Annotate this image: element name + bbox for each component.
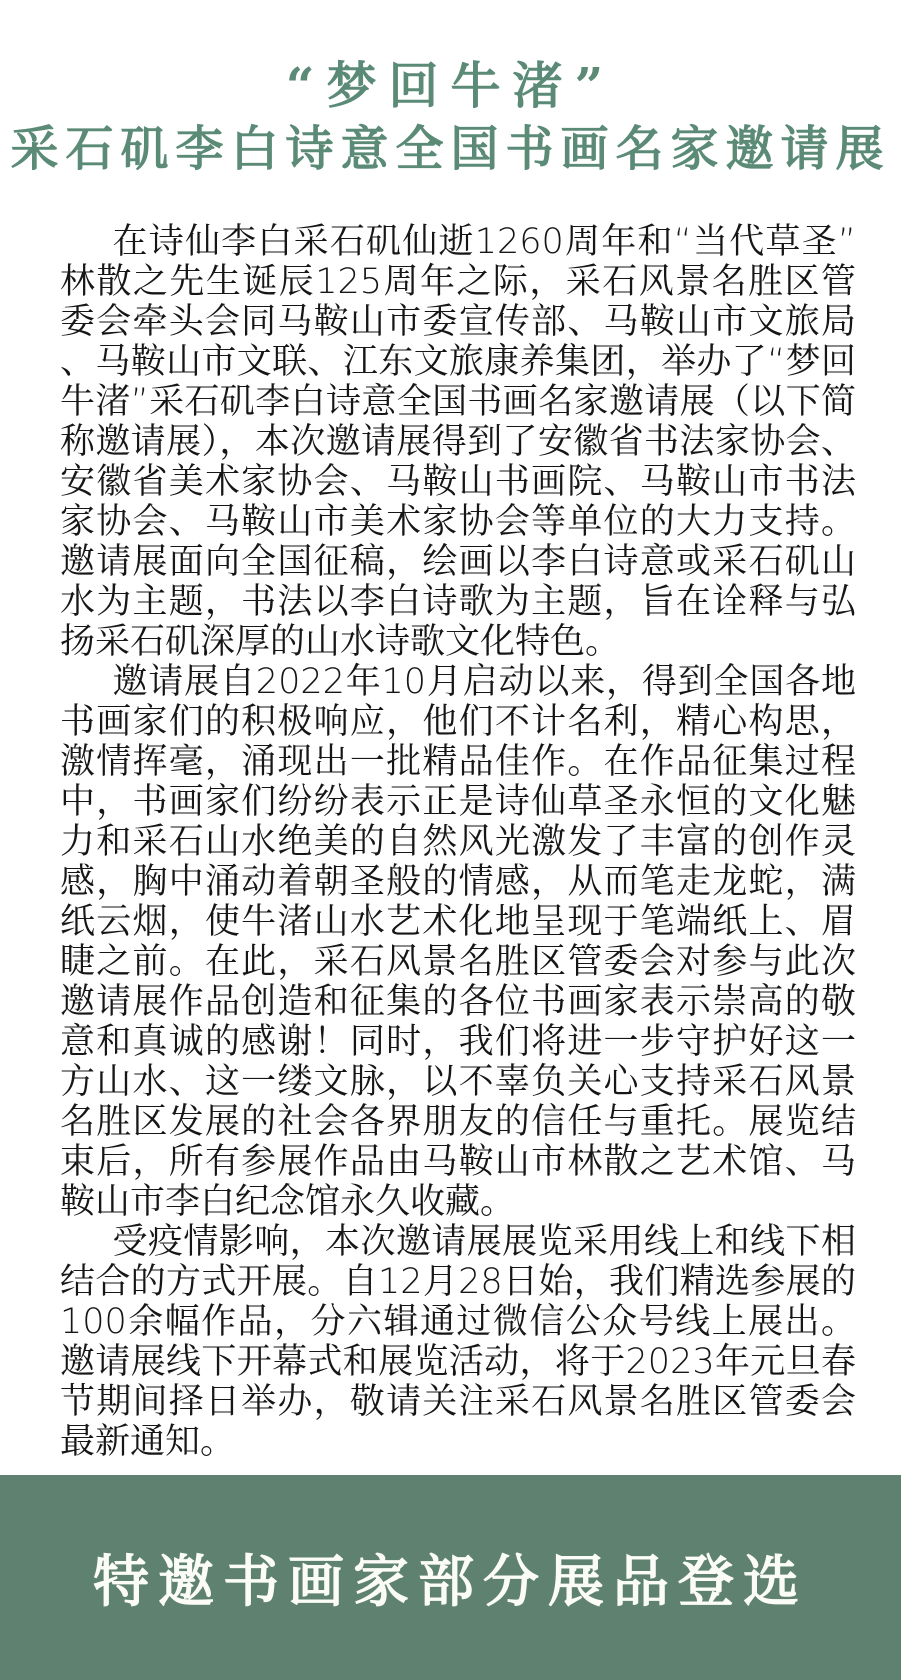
footer-banner-title: 特邀书画家部分展品登选	[93, 1538, 808, 1618]
article-header: “梦回牛渚” 采石矶李白诗意全国书画名家邀请展	[0, 58, 901, 176]
page-root: “梦回牛渚” 采石矶李白诗意全国书画名家邀请展 在诗仙李白采石矶仙逝1260周年…	[0, 0, 901, 1680]
body-paragraph-3: 受疫情影响，本次邀请展展览采用线上和线下相结合的方式开展。自12月28日始，我们…	[60, 1222, 856, 1462]
footer-banner: 特邀书画家部分展品登选	[0, 1475, 901, 1680]
article-body: 在诗仙李白采石矶仙逝1260周年和“当代草圣”林散之先生诞辰125周年之际，采石…	[60, 222, 856, 1462]
page-title-line1: “梦回牛渚”	[0, 58, 901, 114]
page-title-line2: 采石矶李白诗意全国书画名家邀请展	[0, 122, 901, 176]
body-paragraph-1: 在诗仙李白采石矶仙逝1260周年和“当代草圣”林散之先生诞辰125周年之际，采石…	[60, 222, 856, 662]
body-paragraph-2: 邀请展自2022年10月启动以来，得到全国各地书画家们的积极响应，他们不计名利，…	[60, 662, 856, 1222]
